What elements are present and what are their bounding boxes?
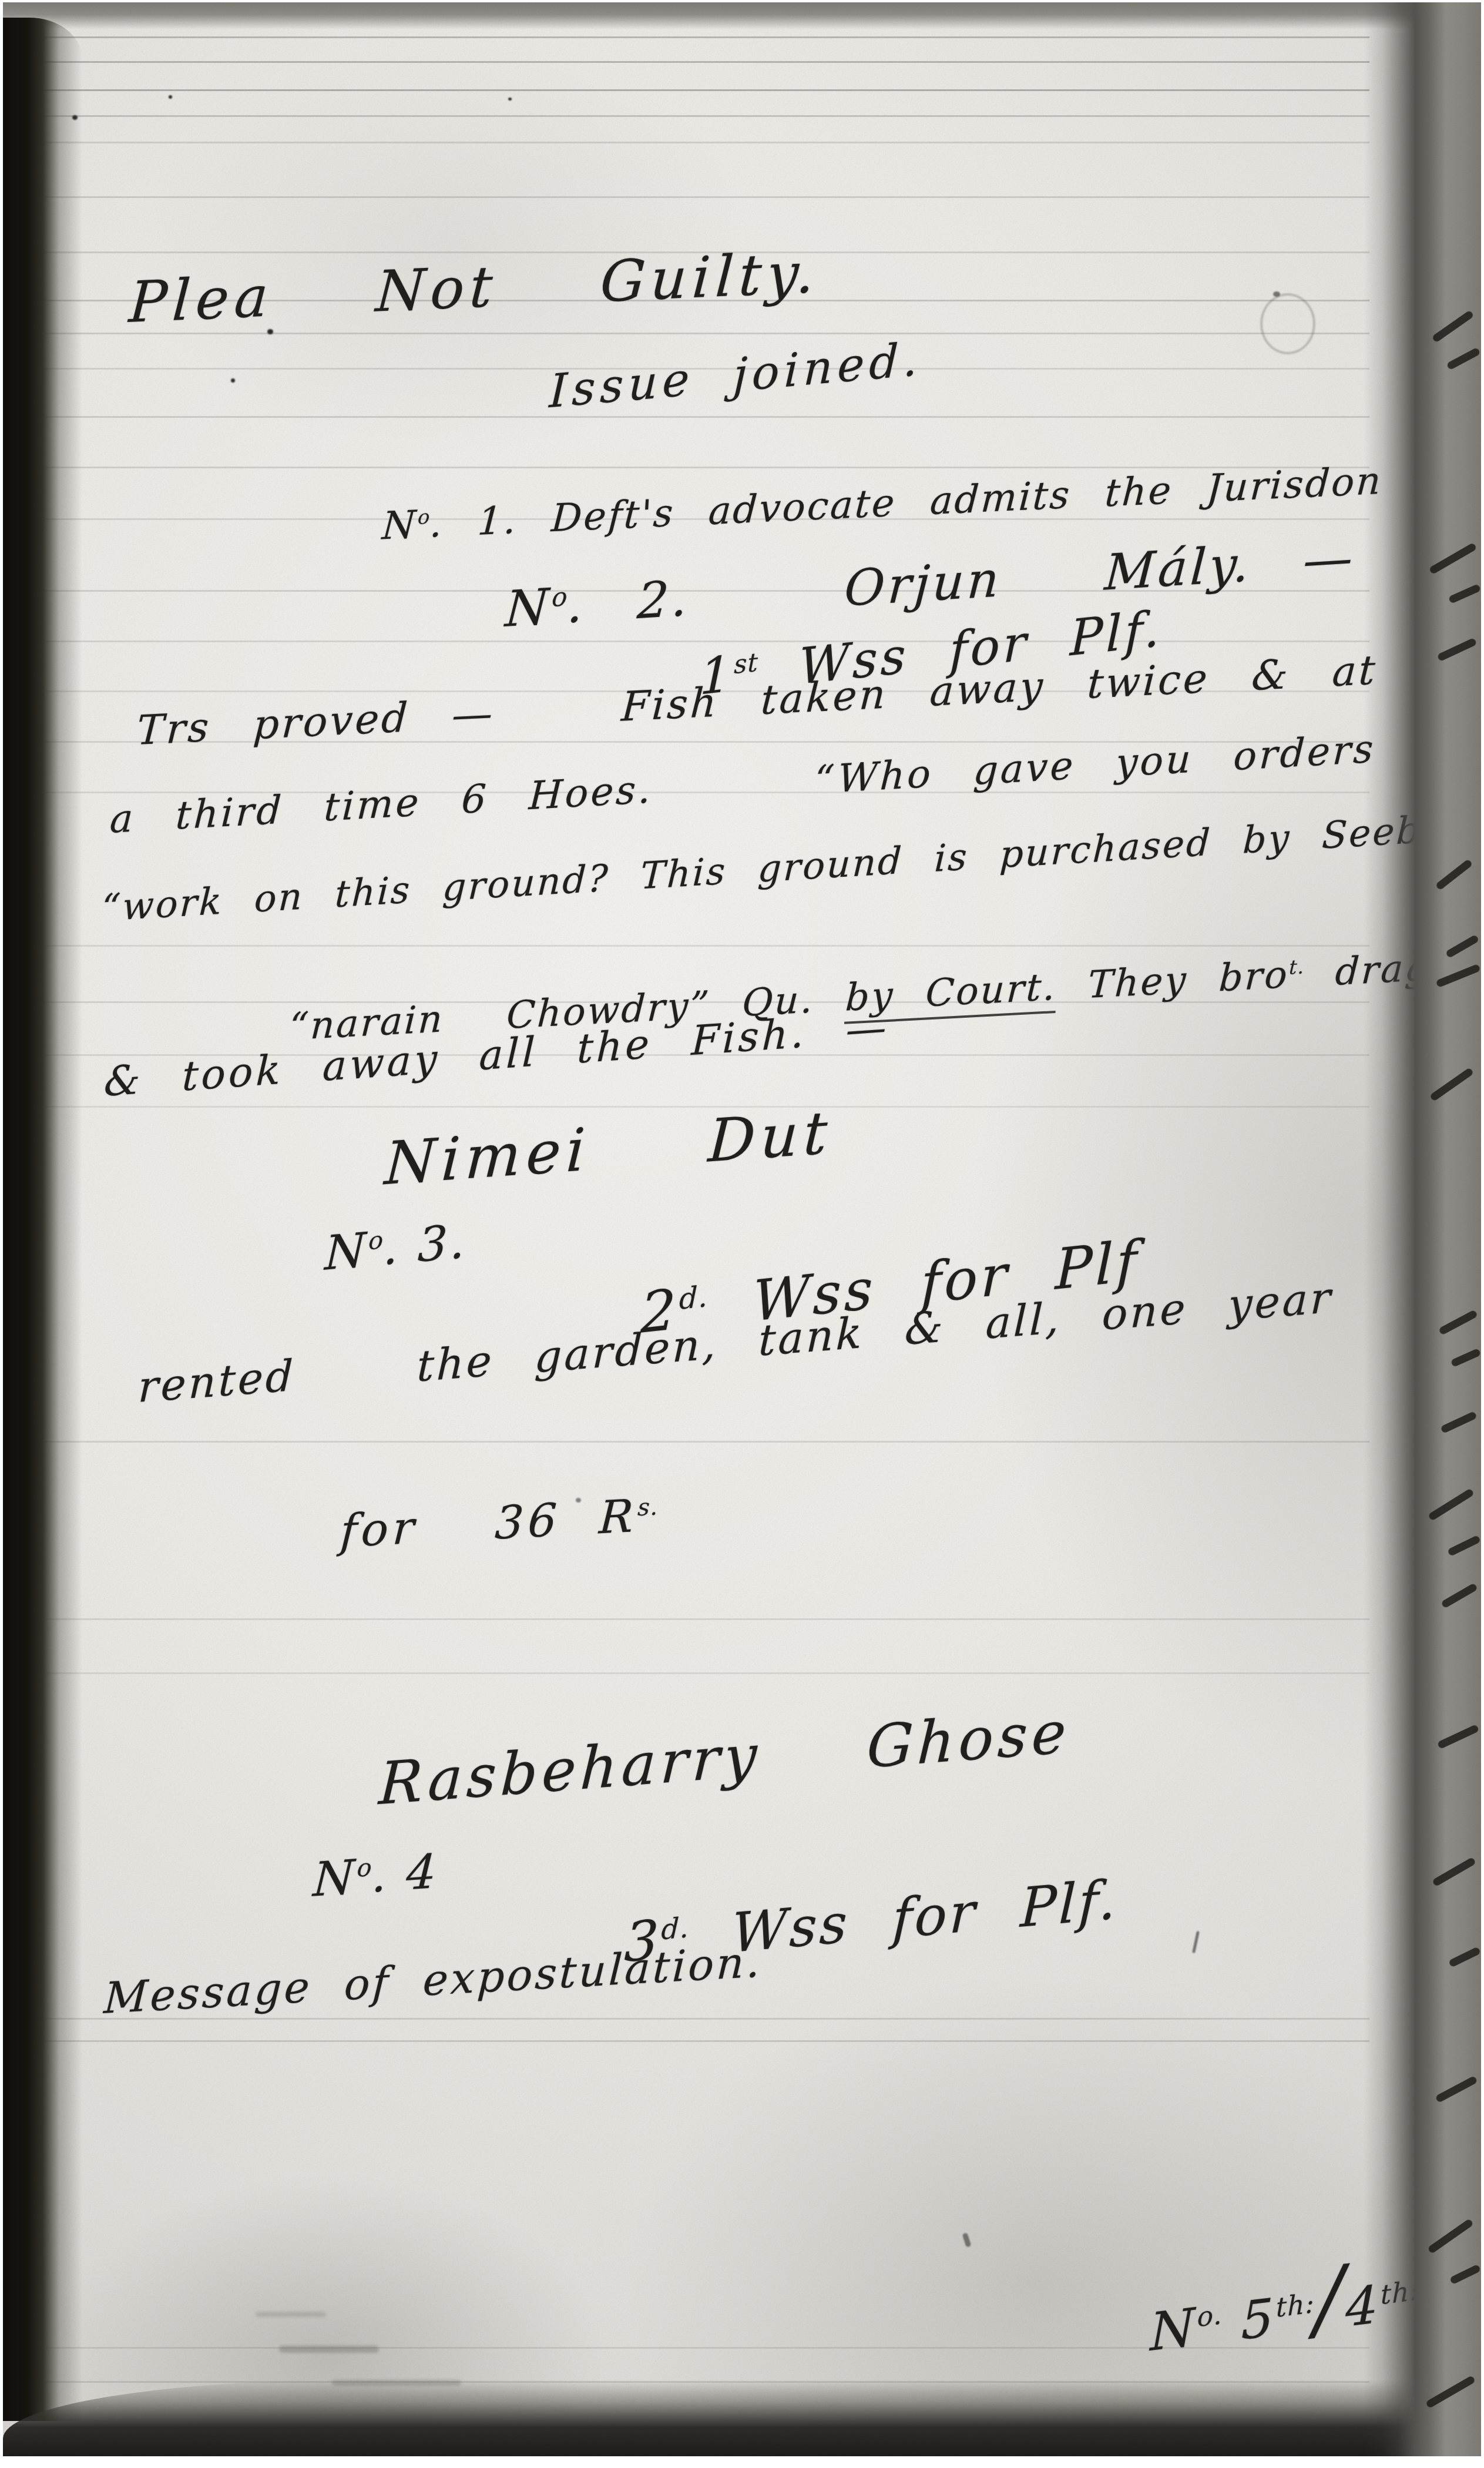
- manuscript-scan-page: Plea Not Guilty. Issue joined. No. 1. De…: [0, 0, 1484, 2468]
- ink-tick: [1192, 1931, 1200, 1953]
- ruled-line: [26, 115, 1369, 117]
- smudge-streak: [256, 2312, 326, 2317]
- ink-spot: [576, 1498, 581, 1503]
- ink-spot: [169, 95, 172, 99]
- smudge-streak: [279, 2346, 379, 2353]
- issue-text: Issue joined.: [548, 333, 923, 418]
- book-spine-shadow: [3, 18, 82, 2421]
- ink-spot: [508, 98, 512, 100]
- ruled-line: [26, 1618, 1369, 1620]
- ruled-line: [26, 61, 1369, 63]
- ruled-line: [26, 416, 1369, 418]
- witness-3-line: 3d. Wss for Plf.: [364, 1805, 1122, 2060]
- party-name-nimei-dut: Nimei Dut: [383, 1098, 834, 1198]
- scan-top-shadow: [3, 2, 1481, 29]
- scanned-book-page: Plea Not Guilty. Issue joined. No. 1. De…: [3, 2, 1481, 2456]
- ruled-line: [26, 36, 1369, 38]
- scan-bottom-shadow: [3, 2380, 1481, 2456]
- ink-spot: [267, 329, 273, 334]
- ruled-line: [26, 1672, 1369, 1674]
- ink-spot: [231, 378, 235, 383]
- pencil-tick: [1273, 291, 1280, 297]
- footer-slash: /: [1315, 2247, 1346, 2351]
- testimony-2-line-2: for 36 Rs.: [106, 1437, 662, 1623]
- plea-line: Plea Not Guilty.: [127, 239, 822, 336]
- issue-joined-line: Issue joined.: [548, 333, 923, 418]
- ruled-line: [26, 89, 1369, 91]
- party-name-rasbeharry-ghose: Rasbeharry Ghose: [377, 1698, 1072, 1818]
- ruled-line: [26, 333, 1369, 334]
- ruled-line: [26, 142, 1369, 143]
- ruled-line: [26, 196, 1369, 198]
- ink-comma: [962, 2232, 972, 2248]
- ruled-line: [26, 2040, 1369, 2042]
- ruled-line: [26, 1441, 1369, 1443]
- faint-pencil-ring: [1260, 293, 1315, 354]
- plea-text: Plea Not Guilty.: [127, 239, 822, 336]
